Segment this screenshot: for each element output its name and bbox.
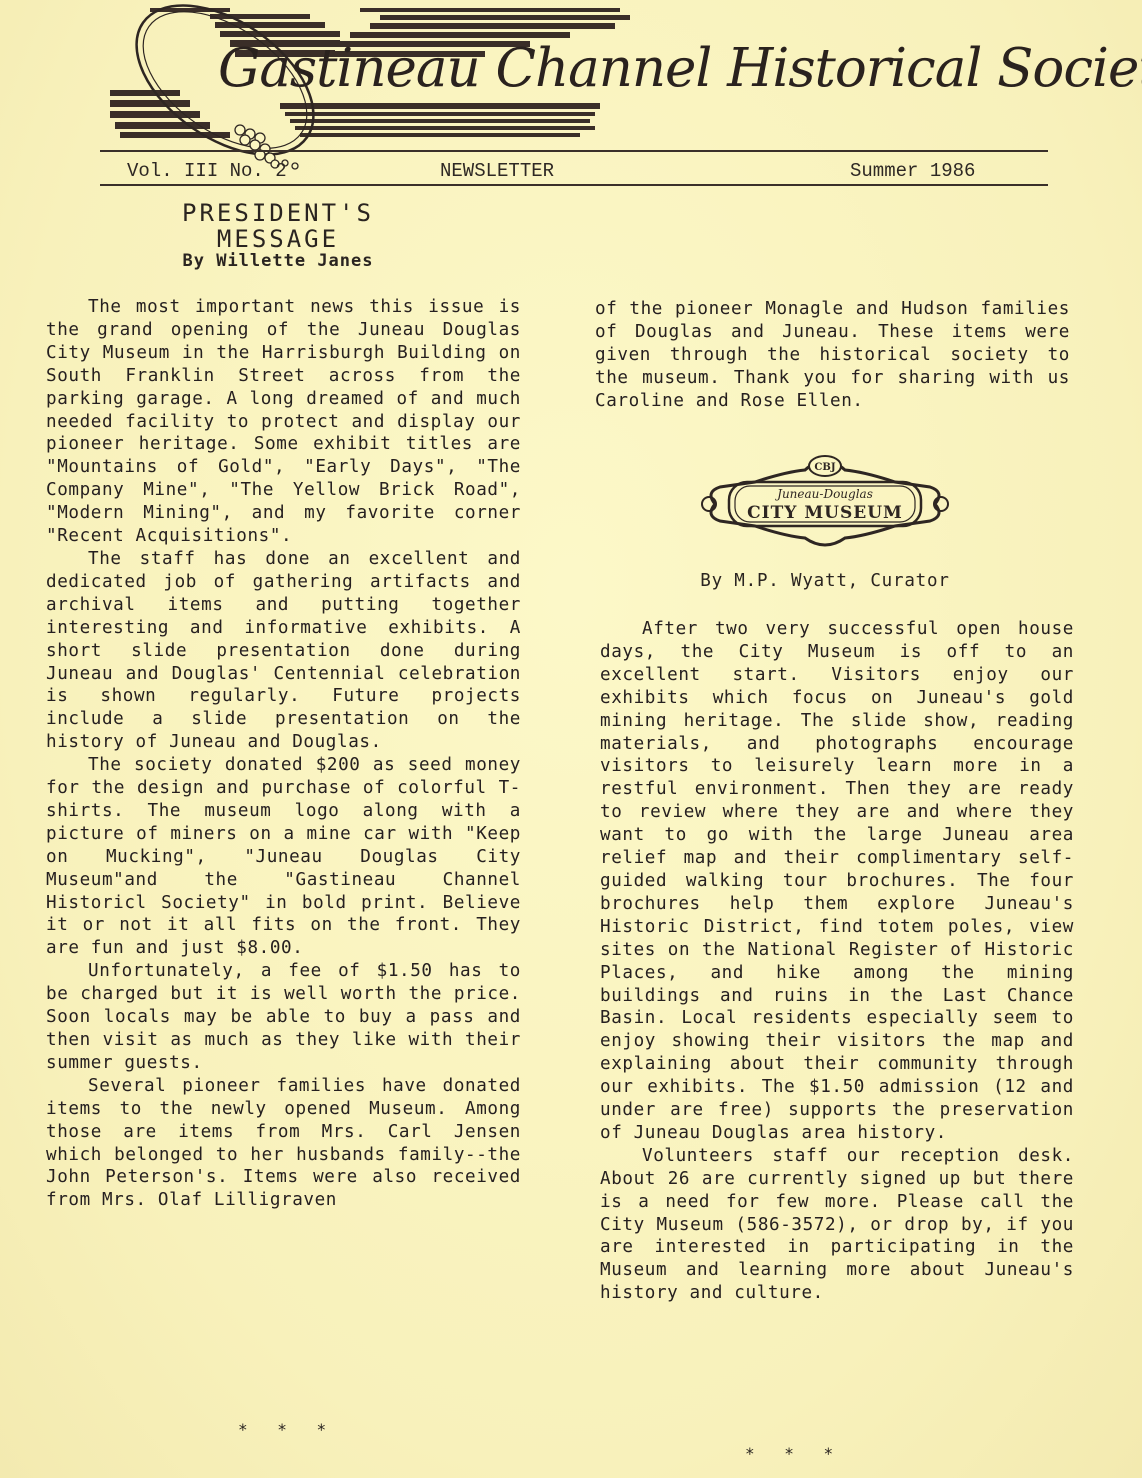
right-column-continuation: of the pioneer Monagle and Hudson famili… xyxy=(595,298,1070,413)
society-name: Gastineau Channel Historical Society xyxy=(218,38,1142,99)
left-column: The most important news this issue is th… xyxy=(46,296,521,1212)
svg-text:Juneau-Douglas: Juneau-Douglas xyxy=(774,487,873,501)
paragraph: Volunteers staff our reception desk. Abo… xyxy=(600,1145,1074,1305)
paragraph: The society donated $200 as seed money f… xyxy=(46,754,521,960)
museum-article-byline: By M.P. Wyatt, Curator xyxy=(660,571,990,591)
paragraph: The most important news this issue is th… xyxy=(46,296,521,548)
issue-season: Summer 1986 xyxy=(850,160,975,184)
section-end-mark: * * * xyxy=(745,1444,843,1463)
city-museum-logo: CBJ Juneau-Douglas CITY MUSEUM xyxy=(695,452,955,552)
volume-number: Vol. III No. 2 xyxy=(127,160,287,184)
svg-text:CBJ: CBJ xyxy=(814,462,835,473)
masthead-rule-bottom xyxy=(100,184,1048,186)
presidents-message-title: PRESIDENT'S MESSAGE xyxy=(128,200,428,252)
title-line-1: PRESIDENT'S xyxy=(128,200,428,226)
paragraph: The staff has done an excellent and dedi… xyxy=(46,548,521,754)
paragraph: After two very successful open house day… xyxy=(600,618,1074,1145)
masthead: Gastineau Channel Historical Society xyxy=(100,0,1060,150)
museum-article-body: After two very successful open house day… xyxy=(600,618,1074,1305)
svg-text:CITY MUSEUM: CITY MUSEUM xyxy=(747,503,903,523)
newsletter-label: NEWSLETTER xyxy=(440,160,554,184)
newsletter-page: Gastineau Channel Historical Society Vol… xyxy=(0,0,1142,1478)
section-end-mark: * * * xyxy=(238,1420,336,1439)
paragraph: Several pioneer families have donated it… xyxy=(46,1075,521,1212)
masthead-rule-top xyxy=(100,150,1048,152)
title-line-2: MESSAGE xyxy=(128,226,428,252)
presidents-message-byline: By Willette Janes xyxy=(128,251,428,271)
paragraph-continued: of the pioneer Monagle and Hudson famili… xyxy=(595,298,1070,413)
paragraph: Unfortunately, a fee of $1.50 has to be … xyxy=(46,960,521,1075)
